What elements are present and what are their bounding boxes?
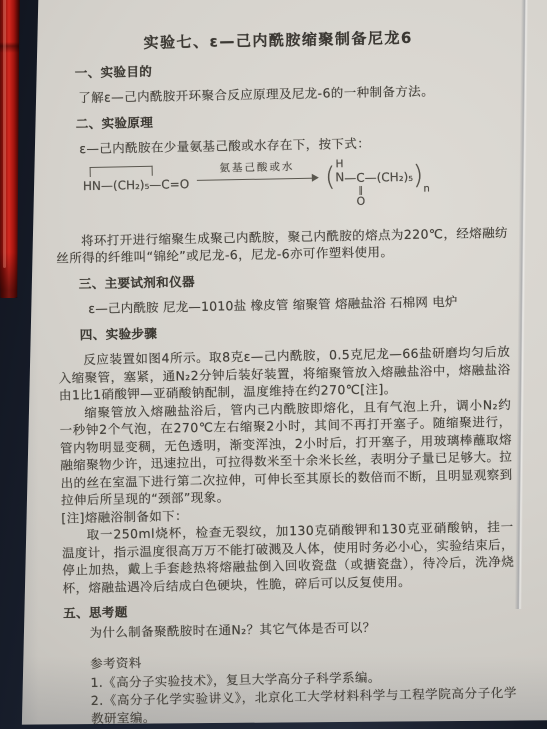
reactant-carbonyl: C=O (161, 177, 189, 192)
close-paren: ) (413, 156, 424, 194)
reaction-arrow: 氨基己酸或水 (197, 159, 317, 180)
bond: — (101, 178, 113, 192)
photo-of-document: 实验七、ε—己内酰胺缩聚制备尼龙6 一、实验目的 了解ε—己内酰胺开环聚合反应原… (0, 0, 547, 729)
product-structure: ( H N — C ‖ O — (CH₂)₅ ) n (325, 157, 430, 197)
reactant-chain: (CH₂)₅ (113, 177, 150, 192)
reactant-amine: HN (83, 178, 101, 192)
open-paren: ( (325, 158, 336, 196)
red-pen (0, 0, 20, 298)
chemical-equation: HN—(CH₂)₅—C=O 氨基己酸或水 ( H N — C ‖ (83, 155, 508, 211)
paper-crease (515, 0, 528, 609)
document: 实验七、ε—己内酰胺缩聚制备尼龙6 一、实验目的 了解ε—己内酰胺开环聚合反应原… (52, 28, 517, 729)
carbonyl-c: C (356, 170, 365, 184)
section-2-intro: ε—己内酰胺在少量氨基己酸或水存在下，按下式： (54, 132, 506, 158)
procedure-paragraph-1: 反应装置如图4所示。取8克ε—己内酰胺，0.5克尼龙—66盐研磨均匀后放入缩聚管… (58, 343, 511, 404)
page-title: 实验七、ε—己内酰胺缩聚制备尼龙6 (52, 28, 504, 54)
section-1-heading: 一、实验目的 (75, 55, 505, 81)
section-2-body: 将环打开进行缩聚生成聚己内酰胺，聚己内酰胺的熔点为220℃，经熔融纺丝所得的纤维… (56, 223, 509, 267)
bond: — (365, 170, 377, 185)
bond: — (149, 177, 161, 191)
note-body: 取一250ml烧杯，检查无裂纹，加130克硝酸钾和130克亚硝酸钠，挂一温度计，… (61, 518, 514, 597)
bond: — (344, 170, 356, 185)
references: 参考资料 1.《高分子实验技术》，复旦大学高分子科学系编。 2.《高分子化学实验… (90, 647, 517, 727)
carbonyl-group: C ‖ O (356, 170, 365, 185)
repeat-subscript: n (423, 183, 430, 195)
arrow-line (197, 177, 317, 180)
arrow-label: 氨基己酸或水 (219, 161, 294, 175)
section-1-body: 了解ε—己内酰胺开环聚合反应原理及尼龙-6的一种制备方法。 (53, 81, 505, 107)
product-chain: (CH₂)₅ (377, 169, 414, 185)
amide-h: H (335, 159, 343, 170)
ring-bond (90, 165, 153, 176)
pen-highlight (3, 0, 6, 268)
section-4-heading: 四、实验步骤 (80, 317, 510, 343)
carbonyl-o: O (356, 193, 365, 208)
procedure-paragraph-2: 缩聚管放入熔融盐浴后，管内己内酰胺即熔化，且有气泡上升，调小N₂约一秒钟2个气泡… (59, 395, 513, 509)
section-2-heading: 二、实验原理 (76, 106, 506, 132)
section-3-heading: 三、主要试剂和仪器 (79, 266, 509, 292)
paper-sheet: 实验七、ε—己内酰胺缩聚制备尼龙6 一、实验目的 了解ε—己内酰胺开环聚合反应原… (0, 0, 547, 729)
reactant-structure: HN—(CH₂)₅—C=O (83, 165, 190, 196)
reference-item-2: 2.《高分子化学实验讲义》，北京化工大学材料科学与工程学院高分子化学教研室编。 (91, 684, 518, 727)
reagents-list: ε—己内酰胺 尼龙—1010盐 橡皮管 缩聚管 熔融盐浴 石棉网 电炉 (63, 292, 509, 318)
